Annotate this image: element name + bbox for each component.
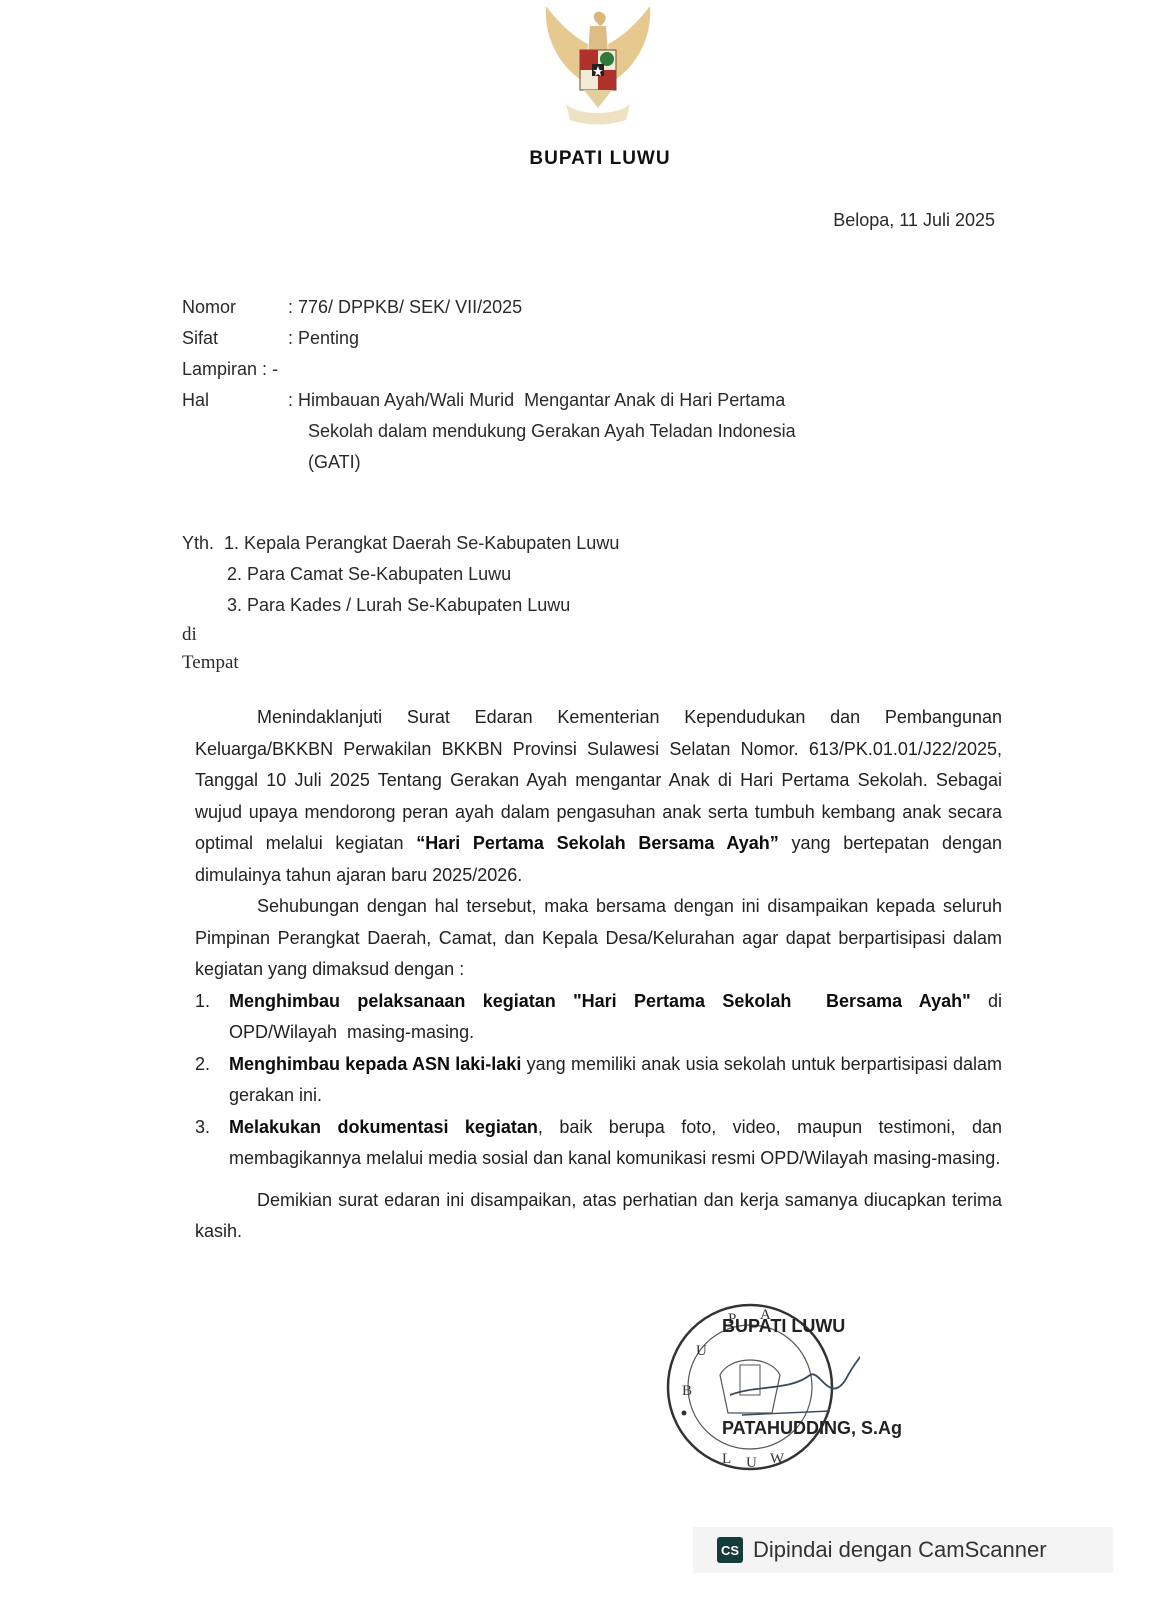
meta-label: Hal	[182, 385, 288, 416]
list-item: 1. Menghimbau pelaksanaan kegiatan "Hari…	[195, 986, 1002, 1049]
meta-value: : Penting	[288, 323, 888, 354]
svg-text:W: W	[770, 1451, 785, 1467]
camscanner-logo-icon: CS	[717, 1537, 743, 1563]
signature-title: BUPATI LUWU	[722, 1316, 845, 1337]
svg-text:L: L	[722, 1451, 731, 1467]
meta-label: Nomor	[182, 292, 288, 323]
list-item: 2. Menghimbau kepada ASN laki-laki yang …	[195, 1049, 1002, 1112]
recipient-item: 2. Para Camat Se-Kabupaten Luwu	[182, 559, 619, 590]
meta-hal-continuation: Sekolah dalam mendukung Gerakan Ayah Tel…	[182, 416, 888, 447]
action-list: 1. Menghimbau pelaksanaan kegiatan "Hari…	[195, 986, 1002, 1175]
body-paragraph-1: Menindaklanjuti Surat Edaran Kementerian…	[195, 702, 1002, 891]
body-paragraph-2: Sehubungan dengan hal tersebut, maka ber…	[195, 891, 1002, 986]
event-name-bold: “Hari Pertama Sekolah Bersama Ayah”	[416, 833, 779, 853]
signatory-name: PATAHUDDING, S.Ag	[722, 1418, 902, 1439]
date-line: Belopa, 11 Juli 2025	[833, 210, 995, 231]
closing-paragraph: Demikian surat edaran ini disampaikan, a…	[195, 1185, 1002, 1248]
recipient-item: 3. Para Kades / Lurah Se-Kabupaten Luwu	[182, 590, 619, 621]
recipient-prefix: Yth.	[182, 533, 214, 553]
meta-label: Lampiran :	[182, 354, 267, 385]
meta-row-hal: Hal : Himbauan Ayah/Wali Murid Mengantar…	[182, 385, 888, 416]
camscanner-watermark: CS Dipindai dengan CamScanner	[693, 1527, 1113, 1573]
meta-row-sifat: Sifat : Penting	[182, 323, 888, 354]
letter-body: Menindaklanjuti Surat Edaran Kementerian…	[195, 702, 1002, 1248]
svg-text:U: U	[696, 1343, 707, 1359]
meta-hal-continuation: (GATI)	[182, 447, 888, 478]
meta-value: : 776/ DPPKB/ SEK/ VII/2025	[288, 292, 888, 323]
letterhead-title: BUPATI LUWU	[0, 148, 1155, 170]
recipient-item: 1. Kepala Perangkat Daerah Se-Kabupaten …	[224, 533, 619, 553]
recipient-tempat: Tempat	[182, 649, 619, 677]
svg-text:U: U	[746, 1455, 757, 1471]
letter-meta: Nomor : 776/ DPPKB/ SEK/ VII/2025 Sifat …	[182, 292, 888, 478]
svg-text:B: B	[682, 1383, 692, 1399]
meta-value: : Himbauan Ayah/Wali Murid Mengantar Ana…	[288, 385, 888, 416]
list-item: 3. Melakukan dokumentasi kegiatan, baik …	[195, 1112, 1002, 1175]
camscanner-text: Dipindai dengan CamScanner	[753, 1537, 1047, 1563]
recipients: Yth. 1. Kepala Perangkat Daerah Se-Kabup…	[182, 528, 619, 677]
garuda-emblem-icon	[538, 4, 658, 132]
meta-row-lampiran: Lampiran : -	[182, 354, 888, 385]
meta-row-nomor: Nomor : 776/ DPPKB/ SEK/ VII/2025	[182, 292, 888, 323]
recipient-di: di	[182, 621, 619, 649]
meta-value: -	[272, 354, 278, 385]
meta-label: Sifat	[182, 323, 288, 354]
